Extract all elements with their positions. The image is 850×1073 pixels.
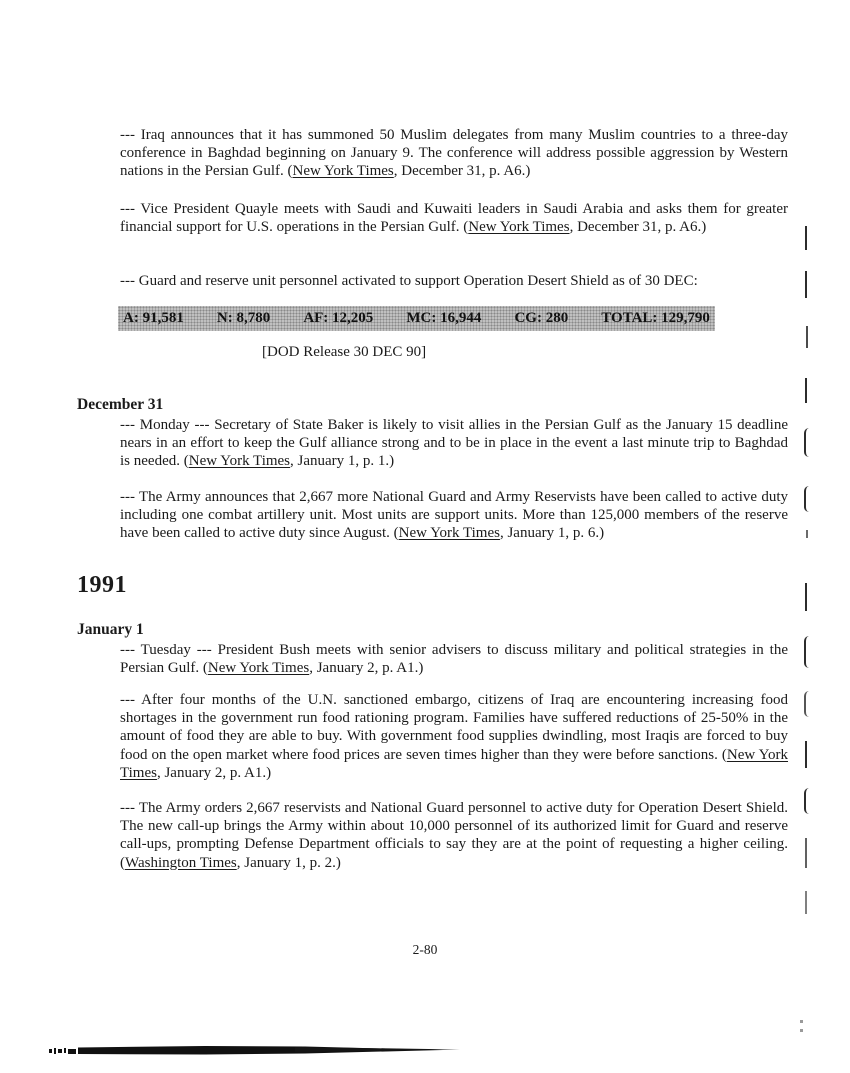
paragraph-army-orders: --- The Army orders 2,667 reservists and… — [120, 799, 788, 872]
date-heading-december-31: December 31 — [77, 396, 163, 414]
scan-tick-icon — [805, 378, 807, 403]
citation-source: New York Times — [399, 525, 500, 541]
date-heading-january-1: January 1 — [77, 621, 144, 639]
citation-source: New York Times — [468, 219, 569, 235]
scan-tick-icon — [805, 271, 807, 298]
paragraph-embargo-food-shortages: --- After four months of the U.N. sancti… — [120, 691, 788, 782]
page-number: 2-80 — [0, 942, 850, 958]
scan-tick-icon — [804, 636, 810, 668]
troop-strength-item: A: 91,581 — [123, 310, 184, 327]
troop-strength-item: CG: 280 — [514, 310, 568, 327]
citation-source: Washington Times — [125, 855, 237, 871]
scan-tick-icon — [805, 891, 807, 914]
troop-strength-item: AF: 12,205 — [303, 310, 373, 327]
scan-tick-icon — [805, 838, 807, 868]
paragraph-iraq-conference: --- Iraq announces that it has summoned … — [120, 126, 788, 181]
scan-dot-icon — [800, 1020, 803, 1023]
paragraph-bush-meets: --- Tuesday --- President Bush meets wit… — [120, 641, 788, 677]
troop-strength-item: N: 8,780 — [217, 310, 270, 327]
dod-release-note: [DOD Release 30 DEC 90] — [262, 343, 426, 361]
scan-tick-icon — [804, 691, 810, 717]
scan-tick-icon — [804, 428, 810, 457]
troop-strength-highlight-bar: A: 91,581N: 8,780AF: 12,205MC: 16,944CG:… — [118, 306, 715, 331]
scan-dot-icon — [800, 1029, 803, 1032]
scan-tick-icon — [805, 226, 807, 250]
paragraph-guard-reserve-activation: --- Guard and reserve unit personnel act… — [120, 272, 788, 290]
troop-strength-item: MC: 16,944 — [406, 310, 481, 327]
citation-source: New York Times — [208, 660, 309, 676]
scan-tick-icon — [805, 583, 807, 611]
scan-tick-icon — [806, 530, 808, 538]
scan-tick-icon — [804, 486, 810, 512]
scan-streak-icon — [45, 1043, 465, 1059]
paragraph-quayle-visit: --- Vice President Quayle meets with Sau… — [120, 200, 788, 236]
scan-tick-icon — [804, 788, 810, 814]
paragraph-army-announces: --- The Army announces that 2,667 more N… — [120, 488, 788, 543]
citation-source: New York Times — [189, 453, 290, 469]
paragraph-baker-visit: --- Monday --- Secretary of State Baker … — [120, 416, 788, 471]
scan-tick-icon — [806, 326, 808, 348]
citation-source: New York Times — [292, 163, 393, 179]
scan-tick-icon — [805, 741, 807, 768]
troop-strength-item: TOTAL: 129,790 — [601, 310, 710, 327]
year-heading: 1991 — [77, 572, 127, 598]
